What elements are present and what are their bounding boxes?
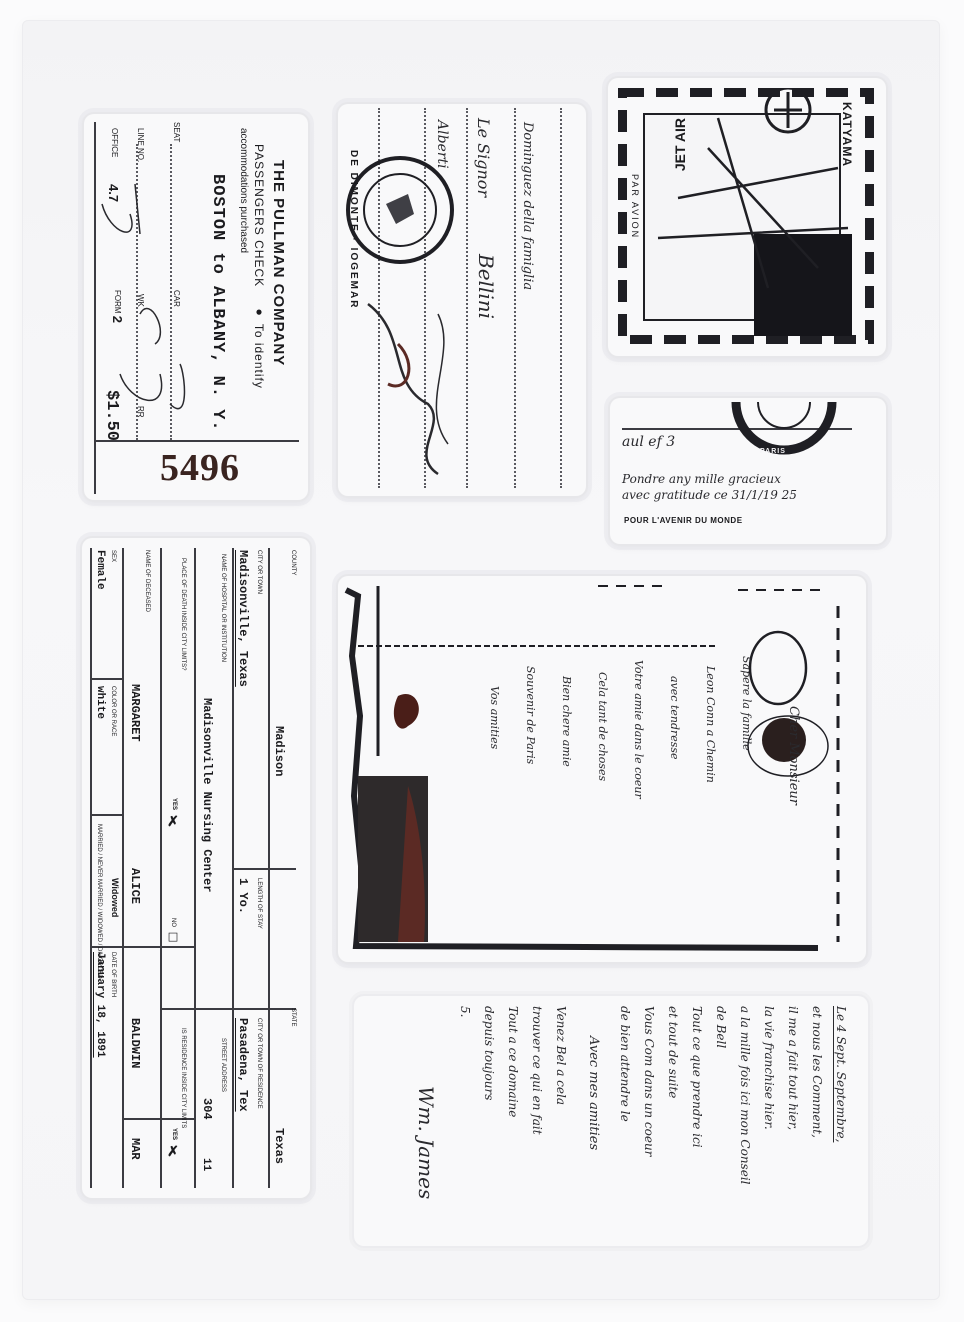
ticket-left-border [94,122,96,494]
postmark-semicircle-icon [730,398,840,474]
big-letter-salutation: Cher Monsieur [786,706,801,805]
ticket-route: BOSTON to ALBANY, N. Y. [208,174,227,432]
script-line: 5. [458,1006,472,1017]
script-line: de Bell [714,1006,728,1048]
letter-script-line: Dominguez della famiglia [520,122,535,290]
script-line: Vous Com dans un coeur [642,1006,656,1156]
cert-death-place-label: PLACE OF DEATH INSIDE CITY LIMITS? [180,558,186,670]
cert-street-value: 304 [200,1098,214,1120]
cert-birth-value: January 18, 1891 [94,952,106,1058]
cert-city-value: Madisonville, Texas [236,550,250,687]
big-letter-line: avec tendresse [668,676,681,760]
cert-rule [90,548,92,1188]
ticket-check-line: PASSENGERS CHECK ● To identify [252,144,266,389]
script-line: Venez Bel a cela [554,1006,568,1105]
handwritten-scribble-icon [100,174,200,434]
cert-rule [90,678,124,680]
cert-rule [90,814,124,816]
cert-name-label: NAME OF DECEASED [144,550,150,612]
airmail-border-icon [618,88,874,344]
script-line: Avec mes amities [586,1036,601,1150]
script-line: la vie franchise hier. [762,1006,776,1130]
cert-rule [194,548,196,1188]
cert-yes-check-2: YES ✗ [166,1128,182,1160]
cert-stay-label: LENGTH OF STAY [256,878,262,929]
ticket-seat-label: SEAT [172,122,181,142]
dotted-line [560,108,562,488]
cert-rule [160,1008,296,1010]
ticket-divider [94,440,299,442]
script-line: trouver ce qui en fait [530,1006,544,1135]
letter-script-line: Bellini [474,254,498,319]
script-line: de bien attendre le [618,1006,632,1122]
big-letter-closing: Vos amities [488,686,501,749]
cert-street-value-2: 11 [200,1158,212,1171]
pullman-ticket-stamp: THE PULLMAN COMPANY PASSENGERS CHECK ● T… [84,114,308,500]
cert-institution-label: NAME OF HOSPITAL OR INSTITUTION [220,554,226,662]
script-line: depuis toujours [482,1006,496,1100]
cert-middle-name: ALICE [128,868,142,904]
ticket-office-label: OFFICE [110,128,119,157]
cert-marital-value: Widowed [110,878,120,917]
cert-state-value: Texas [272,1128,286,1164]
cert-first-name: MARGARET [128,684,142,742]
airmail-stamp: KATYAMA JET AIR PAR AVION [608,78,886,356]
letter-script-line: Le Signor [474,118,493,197]
cert-stay-value: 1 Yo. [236,878,250,914]
cert-last-name-2: MAR [128,1138,142,1160]
script-line: Tout ce que prendre ici [690,1006,704,1148]
cert-rule [232,868,296,870]
cert-county-value: Madison [272,726,286,776]
postcard-line2: Pondre any mille gracieux [622,472,781,486]
script-line: Le 4 Sept. Septembre, [834,1006,848,1142]
script-line: il me a fait tout hier, [786,1006,800,1130]
postcard-footer: POUR L'AVENIR DU MONDE [624,516,743,525]
cert-residence-city-value: Pasadena, Tex [236,1018,250,1112]
cert-birth-label: DATE OF BIRTH [110,952,116,997]
big-letter-line: Bien chere amie [560,676,573,767]
cert-street-label: STREET ADDRESS [220,1038,226,1092]
cert-city-label: CITY OR TOWN [256,550,262,594]
postcard-line3: avec gratitude ce 31/1/19 25 [622,488,797,502]
cert-institution-value: Madisonville Nursing Center [200,698,214,892]
postcard-fragment-stamp: aul ef 3 PARIS Pondre any mille gracieux… [610,398,886,544]
postmark-text: PARIS [760,448,786,455]
cert-rule [122,548,124,1188]
script-line: et nous les Comment, [810,1006,824,1138]
script-signature: Wm. James [414,1086,438,1199]
signature-flourish-icon [348,294,468,484]
script-line: et tout de suite [666,1006,680,1098]
cert-state-label: STATE [290,1008,296,1026]
postmarked-letter-stamp: Dominguez della famiglia Le Signor Belli… [338,104,586,496]
cert-county-label: COUNTY [290,550,296,575]
cert-race-label: COLOR OR RACE [110,686,116,736]
cert-residence-city-label: CITY OR TOWN OF RESIDENCE [256,1018,262,1109]
certificate-stamp: Female SEX white COLOR OR RACE MARRIED /… [82,538,310,1198]
cert-last-name: BALDWIN [128,1018,142,1068]
airmail-label: PAR AVION [630,174,640,239]
big-letter-line: Souvenir de Paris [524,666,537,764]
big-letter-line: Sapere la famille [740,656,753,751]
cert-sex-value: Female [94,550,106,590]
big-letter-line: Cela tant de choses [596,672,609,781]
airmail-top-text: JET AIR [672,118,688,171]
airmail-side-text: KATYAMA [840,102,854,167]
ticket-line-label: LINE NO. [136,128,145,162]
postcard-line1: aul ef 3 [622,434,675,450]
old-letter-stamp: Cher Monsieur Sapere la famille Leon Con… [338,576,866,962]
ticket-accommodations: accommodations purchased [238,128,249,253]
cert-sex-label: SEX [110,550,116,562]
ticket-company: THE PULLMAN COMPANY [270,160,287,366]
cert-yes-check: YES ✗ [166,798,182,830]
cert-rule [160,548,162,1188]
big-letter-line: Leon Conn a Chemin [704,666,717,783]
cert-inside-city-label: IS RESIDENCE INSIDE CITY LIMITS [180,1028,186,1128]
big-letter-line: Votre amie dans le coeur [632,660,645,799]
dotted-line [514,108,516,488]
cert-no-box: NO ☐ [166,918,180,944]
script-line: Tout a ce domaine [506,1006,520,1117]
cert-race-value: white [94,686,106,719]
script-line: a la mille fois ici mon Conseil [738,1006,752,1185]
handwritten-letter-stamp: Le 4 Sept. Septembre, et nous les Commen… [354,996,868,1246]
ticket-serial-number: 5496 [160,446,240,490]
cert-rule [90,946,196,948]
postmark-text: DE DIMONTE · IOGEMAR [348,150,359,309]
